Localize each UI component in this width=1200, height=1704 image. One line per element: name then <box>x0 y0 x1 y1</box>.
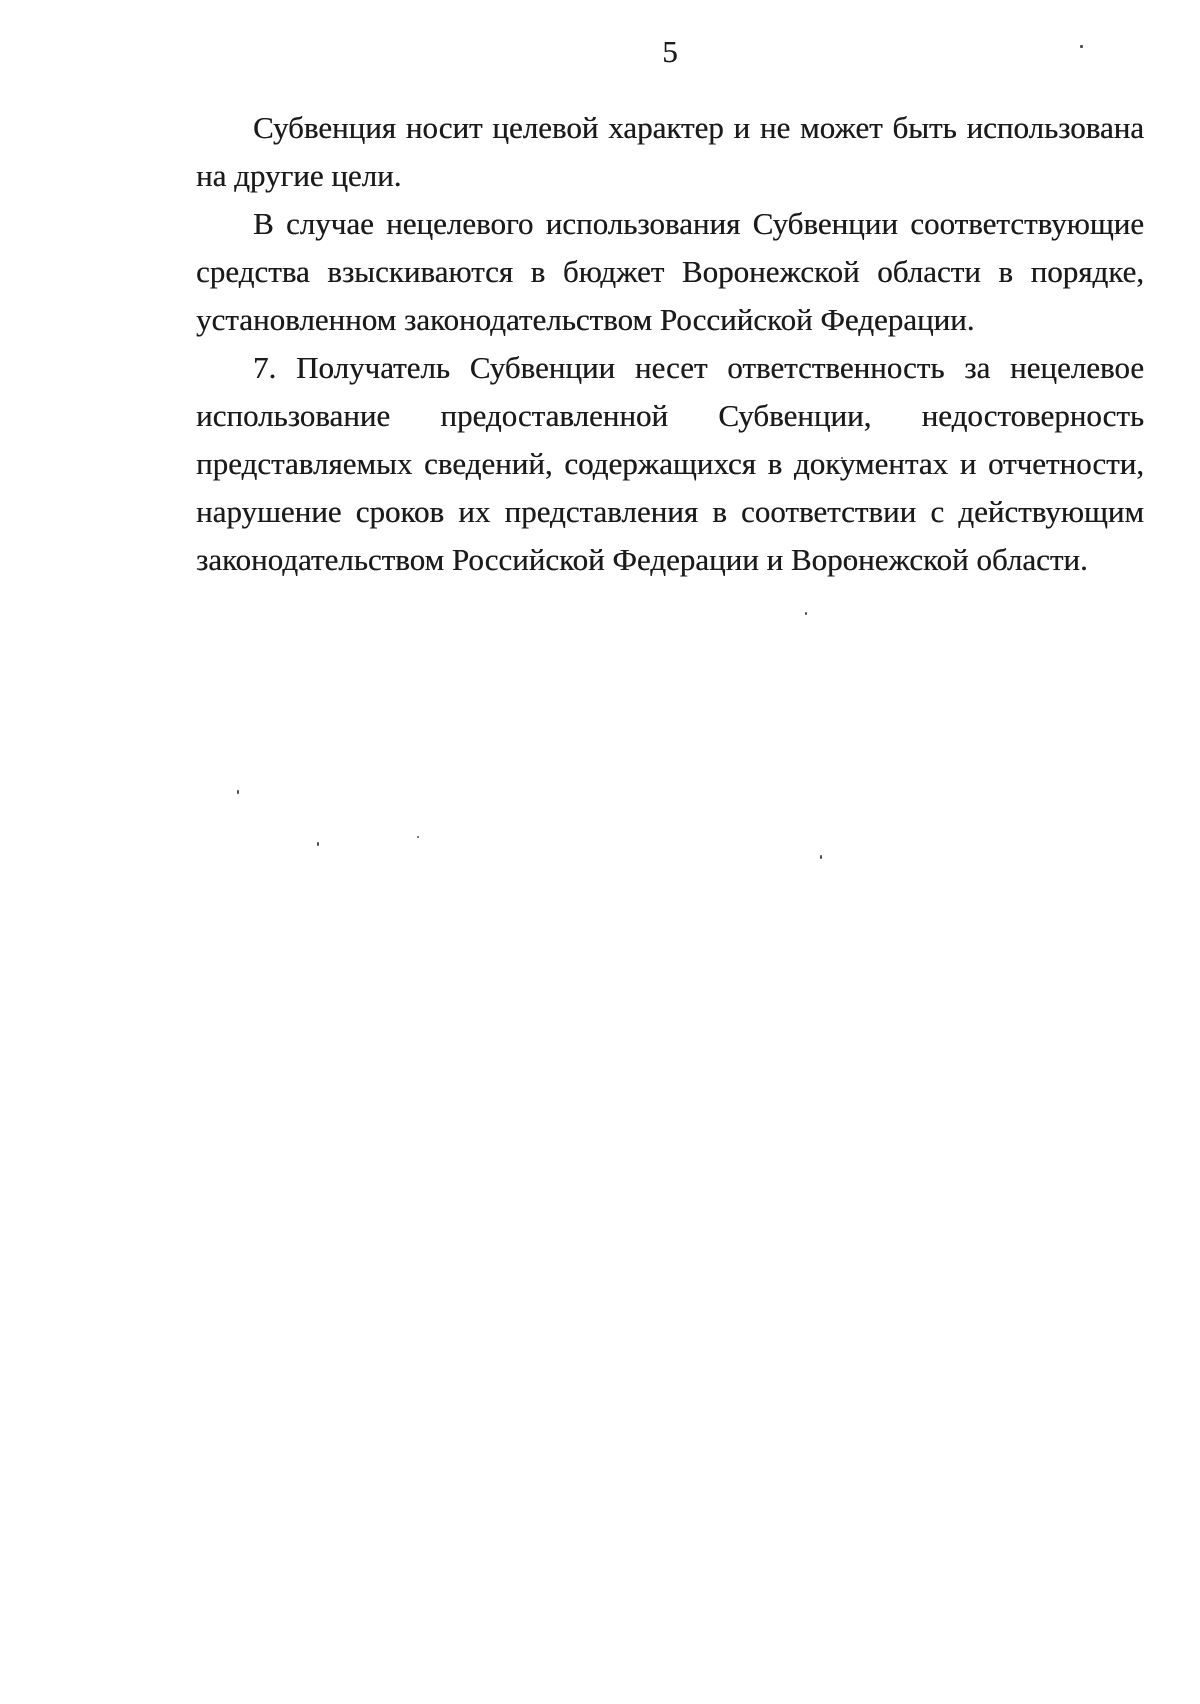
text-line: на другие цели. <box>196 152 1144 200</box>
text-line: В случае нецелевого использования Субвен… <box>196 200 1144 248</box>
scan-speck <box>1080 45 1083 48</box>
text-line: нарушение сроков их представления в соот… <box>196 488 1144 536</box>
scan-speck <box>848 558 851 560</box>
text-line: законодательством Российской Федерации и… <box>196 536 1144 584</box>
text-line: использование предоставленной Субвенции,… <box>196 392 1144 440</box>
document-page: 5 Субвенция носит целевой характер и не … <box>0 0 1200 1704</box>
text-line: установленном законодательством Российск… <box>196 296 1144 344</box>
paragraph: 7. Получатель Субвенции несет ответствен… <box>196 344 1144 584</box>
page-number: 5 <box>196 36 1144 67</box>
scan-speck <box>317 842 319 846</box>
text-line: 7. Получатель Субвенции несет ответствен… <box>196 344 1144 392</box>
scan-speck <box>841 457 843 459</box>
scan-speck <box>820 855 822 859</box>
scan-speck <box>237 790 239 794</box>
scan-speck <box>417 836 419 838</box>
text-line: средства взыскиваются в бюджет Воронежск… <box>196 248 1144 296</box>
text-line: Субвенция носит целевой характер и не мо… <box>196 104 1144 152</box>
scan-speck <box>805 612 807 615</box>
text-line: представляемых сведений, содержащихся в … <box>196 440 1144 488</box>
paragraph: Субвенция носит целевой характер и не мо… <box>196 104 1144 200</box>
document-body: Субвенция носит целевой характер и не мо… <box>196 104 1144 584</box>
paragraph: В случае нецелевого использования Субвен… <box>196 200 1144 344</box>
